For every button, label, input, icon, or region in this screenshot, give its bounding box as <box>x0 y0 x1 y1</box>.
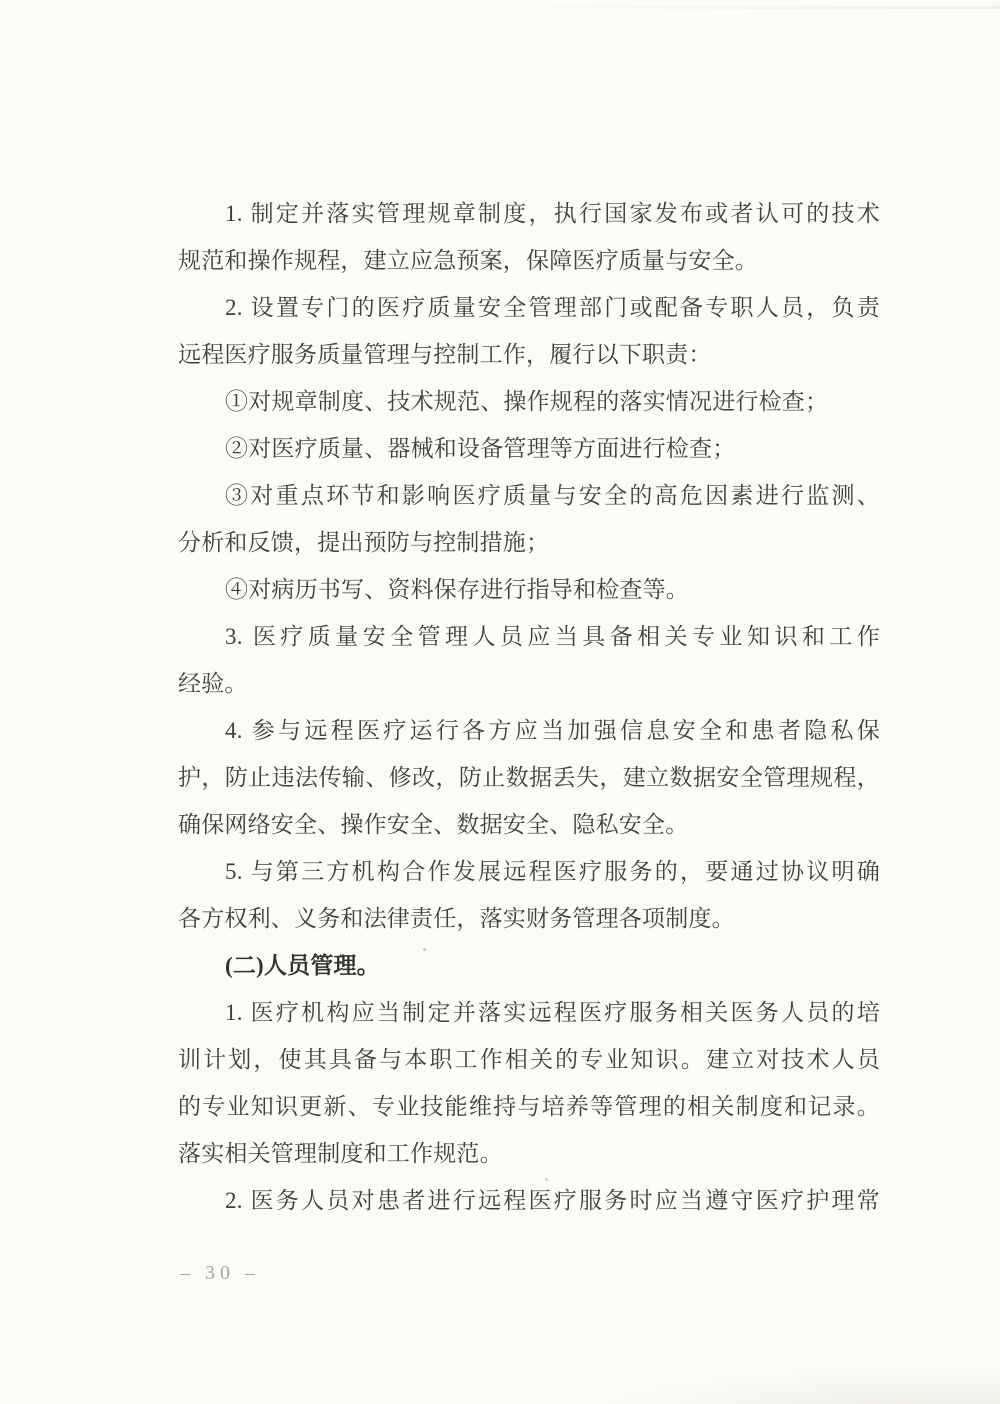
text-line: 的专业知识更新、专业技能维持与培养等管理的相关制度和记录。 <box>178 1083 880 1130</box>
text-line: 远程医疗服务质量管理与控制工作，履行以下职责： <box>178 331 880 378</box>
text-line: 1. 医疗机构应当制定并落实远程医疗服务相关医务人员的培 <box>178 989 880 1036</box>
scan-edge-artifact <box>450 6 1000 9</box>
text-line: 2. 医务人员对患者进行远程医疗服务时应当遵守医疗护理常 <box>178 1177 880 1224</box>
text-line: 护，防止违法传输、修改，防止数据丢失，建立数据安全管理规程， <box>178 754 880 801</box>
document-body: 1. 制定并落实管理规章制度，执行国家发布或者认可的技术规范和操作规程，建立应急… <box>178 190 880 1224</box>
text-line: ①对规章制度、技术规范、操作规程的落实情况进行检查； <box>178 378 880 425</box>
page-number: – 30 – <box>180 1262 260 1285</box>
text-line: 落实相关管理制度和工作规范。 <box>178 1130 880 1177</box>
text-line: 规范和操作规程，建立应急预案，保障医疗质量与安全。 <box>178 237 880 284</box>
text-line: (二)人员管理。 <box>178 942 880 989</box>
text-line: 5. 与第三方机构合作发展远程医疗服务的，要通过协议明确 <box>178 848 880 895</box>
scan-shadow-artifact <box>580 1364 1000 1404</box>
scanned-document-page: 1. 制定并落实管理规章制度，执行国家发布或者认可的技术规范和操作规程，建立应急… <box>0 0 1000 1404</box>
text-line: 训计划，使其具备与本职工作相关的专业知识。建立对技术人员 <box>178 1036 880 1083</box>
text-line: ③对重点环节和影响医疗质量与安全的高危因素进行监测、 <box>178 472 880 519</box>
text-line: 3. 医疗质量安全管理人员应当具备相关专业知识和工作 <box>178 613 880 660</box>
text-line: 1. 制定并落实管理规章制度，执行国家发布或者认可的技术 <box>178 190 880 237</box>
text-line: 分析和反馈，提出预防与控制措施； <box>178 519 880 566</box>
text-line: ④对病历书写、资料保存进行指导和检查等。 <box>178 566 880 613</box>
text-line: ②对医疗质量、器械和设备管理等方面进行检查； <box>178 425 880 472</box>
text-line: 确保网络安全、操作安全、数据安全、隐私安全。 <box>178 801 880 848</box>
text-line: 4. 参与远程医疗运行各方应当加强信息安全和患者隐私保 <box>178 707 880 754</box>
text-line: 各方权利、义务和法律责任，落实财务管理各项制度。 <box>178 895 880 942</box>
text-line: 经验。 <box>178 660 880 707</box>
text-line: 2. 设置专门的医疗质量安全管理部门或配备专职人员，负责 <box>178 284 880 331</box>
